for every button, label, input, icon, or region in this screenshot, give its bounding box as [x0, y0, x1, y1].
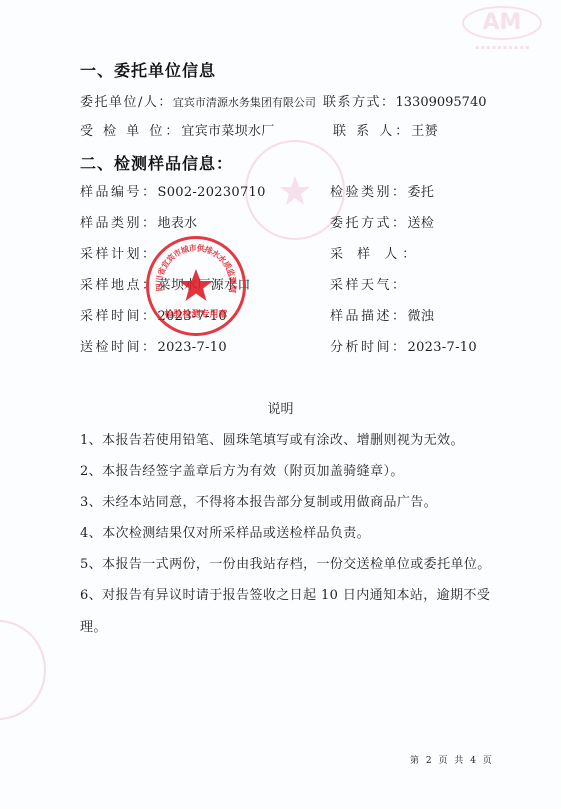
faint-seam-stamp: [0, 620, 46, 720]
field-value: 2023-7-10: [158, 340, 227, 355]
client-value: 宜宾市清源水务集团有限公司: [173, 96, 316, 109]
field-label: 采 样 人：: [330, 247, 420, 262]
field-value: S002-20230710: [158, 185, 266, 200]
contact-person-value: 王赟: [411, 124, 438, 139]
contact-person-row: 联 系 人：王赟: [333, 120, 438, 139]
field-sampling-plan: 采样计划：: [80, 243, 158, 262]
field-label: 样品描述：: [330, 309, 408, 324]
note-item: 3、未经本站同意，不得将本报告部分复制或用做商品广告。: [80, 491, 437, 510]
section2-heading: 二、检测样品信息：: [80, 151, 233, 174]
field-value: 送检: [408, 216, 435, 231]
field-label: 样品编号：: [80, 185, 158, 200]
field-label: 分析时间：: [330, 340, 408, 355]
field-label: 采样天气：: [330, 278, 408, 293]
field-label: 送检时间：: [80, 340, 158, 355]
note-item: 1、本报告若使用铅笔、圆珠笔填写或有涂改、增删则视为无效。: [80, 429, 464, 448]
contact-method-value: 13309095740: [396, 95, 487, 110]
field-sampling-weather: 采样天气：: [330, 274, 408, 293]
inspected-unit-row: 受 检 单 位：宜宾市菜坝水厂: [80, 120, 275, 139]
client-label: 委托单位/人：: [80, 95, 173, 110]
field-label: 委托方式：: [330, 216, 408, 231]
field-commission-method: 委托方式：送检: [330, 212, 434, 231]
field-label: 采样时间：: [80, 309, 158, 324]
field-value: 地表水: [158, 216, 198, 231]
contact-method-label: 联系方式：: [323, 95, 396, 110]
field-sample-number: 样品编号：S002-20230710: [80, 181, 266, 200]
stamp-graphic: 四川省宜宾市城市供排水水质监测网宜宾监测站 检验检测专用章: [149, 239, 243, 333]
section1-heading: 一、委托单位信息: [80, 58, 216, 81]
field-analysis-time: 分析时间：2023-7-10: [330, 336, 477, 355]
stamp-bottom-text: 检验检测专用章: [164, 308, 227, 320]
field-value: 微浊: [408, 309, 435, 324]
contact-person-label: 联 系 人：: [333, 124, 411, 139]
field-submission-time: 送检时间：2023-7-10: [80, 336, 227, 355]
inspected-unit-label: 受 检 单 位：: [80, 124, 181, 139]
field-label: 检验类别：: [330, 185, 408, 200]
field-sample-category: 样品类别：地表水: [80, 212, 197, 231]
field-inspection-category: 检验类别：委托: [330, 181, 434, 200]
note-item: 5、本报告一式两份，一份由我站存档，一份交送检单位或委托单位。: [80, 553, 491, 572]
inspected-unit-value: 宜宾市菜坝水厂: [181, 124, 274, 139]
note-item-continuation: 理。: [80, 616, 107, 635]
logo-watermark: AM: [462, 6, 542, 40]
client-row: 委托单位/人：宜宾市清源水务集团有限公司: [80, 91, 316, 110]
field-sampler: 采 样 人：: [330, 243, 420, 262]
logo-watermark-subtitle: ▪▪▪▪▪▪▪▪▪▪: [463, 44, 543, 51]
field-value: 委托: [408, 185, 435, 200]
stamp-star-icon: [179, 269, 213, 301]
field-label: 样品类别：: [80, 216, 158, 231]
field-value: 2023-7-10: [408, 340, 477, 355]
note-item: 6、对报告有异议时请于报告签收之日起 10 日内通知本站，逾期不受: [80, 584, 490, 603]
official-red-stamp: 四川省宜宾市城市供排水水质监测网宜宾监测站 检验检测专用章: [146, 236, 246, 336]
page-number: 第 2 页 共 4 页: [410, 753, 494, 766]
note-item: 4、本次检测结果仅对所采样品或送检样品负责。: [80, 522, 370, 541]
note-item: 2、本报告经签字盖章后方为有效（附页加盖骑缝章）。: [80, 460, 404, 479]
notes-title: 说明: [0, 398, 561, 417]
field-sample-description: 样品描述：微浊: [330, 305, 434, 324]
field-label: 采样计划：: [80, 247, 158, 262]
contact-method-row: 联系方式：13309095740: [323, 91, 487, 110]
